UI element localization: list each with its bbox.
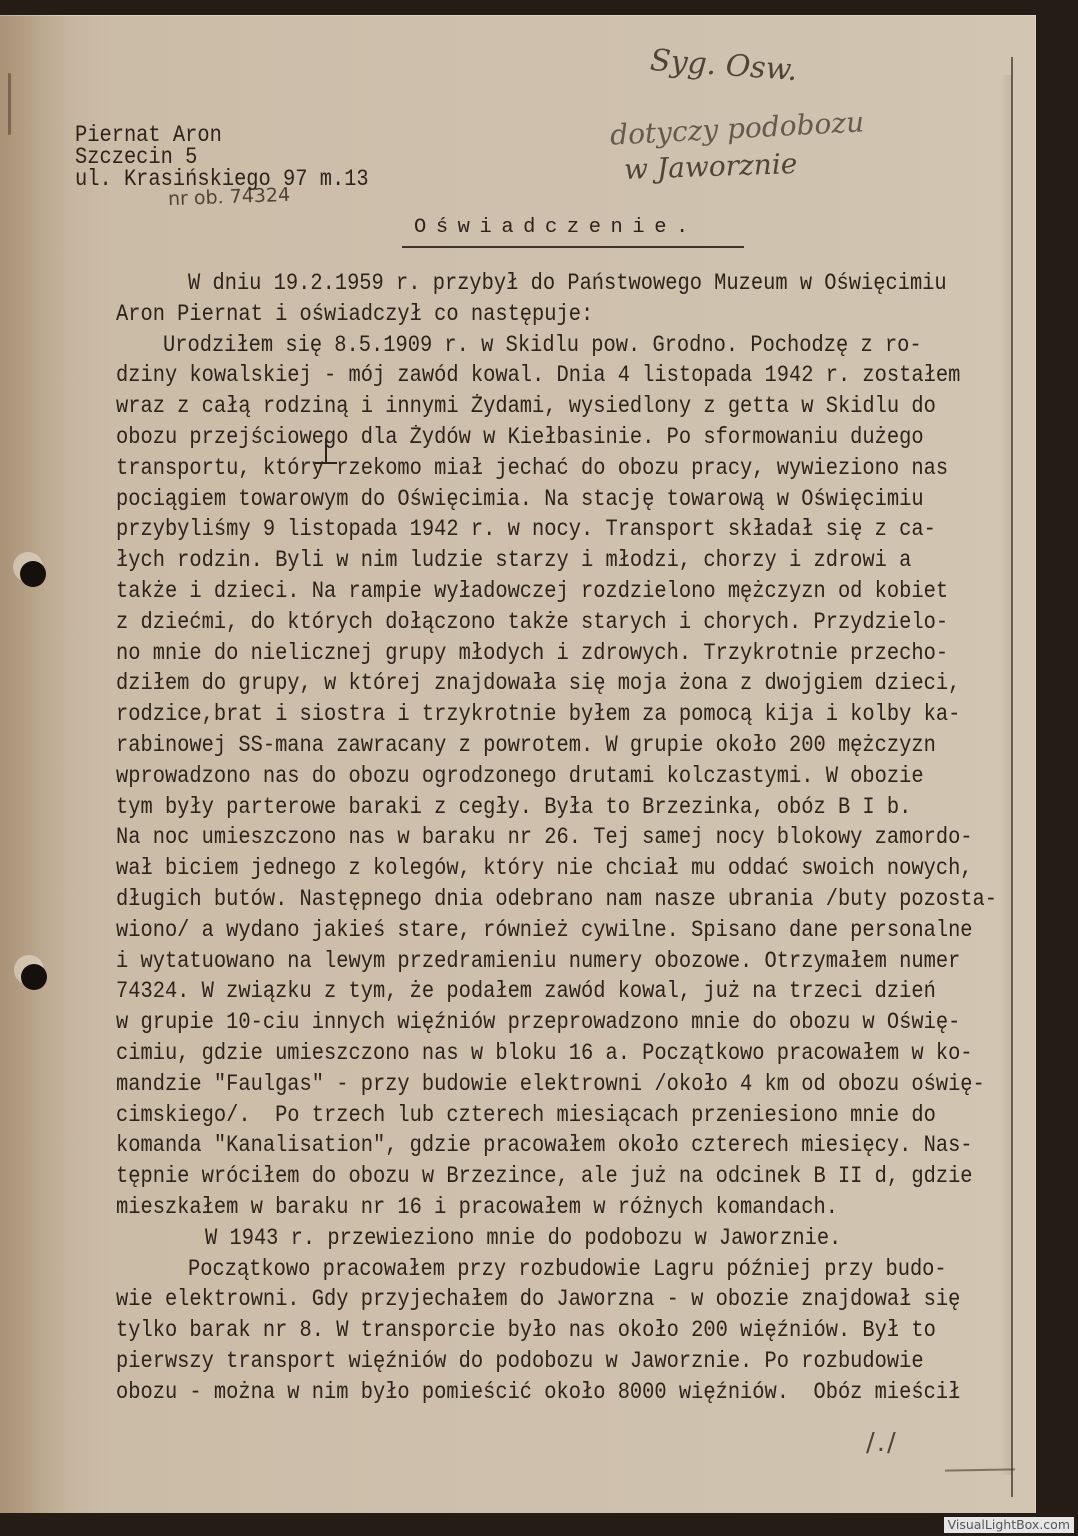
statement-line: W dniu 19.2.1959 r. przybył do Państwowe… <box>188 274 947 297</box>
statement-line: rabinowej SS-mana zawracany z powrotem. … <box>116 736 936 759</box>
statement-line: tylko barak nr 8. W transporcie było nas… <box>116 1321 936 1344</box>
statement-line: W 1943 r. przewieziono mnie do podobozu … <box>205 1228 841 1251</box>
statement-line: wiono/ a wydano jakieś stare, również cy… <box>116 920 973 943</box>
punch-hole-icon <box>20 561 46 587</box>
handwritten-subject-note-2: w Jaworznie <box>623 147 797 186</box>
statement-line: cimiu, gdzie umieszczono nas w bloku 16 … <box>116 1044 973 1067</box>
statement-line: 74324. W związku z tym, że podałem zawód… <box>116 982 936 1005</box>
statement-line: mandzie "Faulgas" - przy budowie elektro… <box>116 1074 985 1097</box>
statement-line: obozu przejściowego dla Żydów w Kiełbasi… <box>116 428 924 451</box>
statement-line: cimskiego/. Po trzech lub czterech miesi… <box>116 1105 936 1128</box>
statement-line: no mnie do nielicznej grupy młodych i zd… <box>116 643 948 666</box>
statement-line: wprowadzono nas do obozu ogrodzonego dru… <box>116 766 924 789</box>
statement-line: pociągiem towarowym do Oświęcimia. Na st… <box>116 489 924 512</box>
statement-line: Aron Piernat i oświadczył co następuje: <box>116 304 593 327</box>
statement-line: tępnie wróciłem do obozu w Brzezince, al… <box>116 1167 973 1190</box>
statement-line: wał biciem jednego z kolegów, który nie … <box>116 859 973 882</box>
document-title: Oświadczenie. <box>414 216 698 239</box>
correction-mark <box>325 438 327 464</box>
page-continuation-mark: /./ <box>866 1428 898 1458</box>
statement-line: dziny kowalskiej - mój zawód kowal. Dnia… <box>116 366 960 389</box>
punch-hole-icon <box>21 964 47 990</box>
statement-line: przybyliśmy 9 listopada 1942 r. w nocy. … <box>116 520 936 543</box>
statement-line: obozu - można w nim było pomieścić około… <box>116 1382 960 1405</box>
statement-line: transportu, który rzekomo miał jechać do… <box>116 458 948 481</box>
statement-line: także i dzieci. Na rampie wyładowczej ro… <box>116 582 948 605</box>
staple-mark <box>8 73 11 135</box>
statement-line: długich butów. Następnego dnia odebrano … <box>116 890 997 913</box>
statement-line: wie elektrowni. Gdy przyjechałem do Jawo… <box>116 1290 960 1313</box>
statement-line: tym były parterowe baraki z cegły. Była … <box>116 797 911 820</box>
statement-line: rodzice,brat i siostra i trzykrotnie był… <box>116 705 960 728</box>
statement-line: wraz z całą rodziną i innymi Żydami, wys… <box>116 397 936 420</box>
sender-street: ul. Krasińskiego 97 m.13 <box>75 170 369 193</box>
watermark: VisualLightBox.com <box>944 1517 1074 1533</box>
statement-line: Urodziłem się 8.5.1909 r. w Skidlu pow. … <box>163 335 922 358</box>
title-underline <box>402 246 744 248</box>
statement-line: pierwszy transport więźniów do podobozu … <box>116 1352 924 1375</box>
statement-line: z dziećmi, do których dołączono także st… <box>116 612 948 635</box>
statement-line: dziłem do grupy, w której znajdowała się… <box>116 674 960 697</box>
statement-line: mieszkałem w baraku nr 16 i pracowałem w… <box>116 1198 838 1221</box>
statement-line: Początkowo pracowałem przy rozbudowie La… <box>188 1259 947 1282</box>
correction-mark <box>315 462 337 464</box>
statement-line: Na noc umieszczono nas w baraku nr 26. T… <box>116 828 973 851</box>
statement-line: w grupie 10-ciu innych więźniów przeprow… <box>116 1013 960 1036</box>
statement-line: i wytatuowano na lewym przedramieniu num… <box>116 951 960 974</box>
statement-line: komanda "Kanalisation", gdzie pracowałem… <box>116 1136 973 1159</box>
statement-line: łych rodzin. Byli w nim ludzie starzy i … <box>116 551 911 574</box>
right-margin-rule <box>1011 57 1013 1497</box>
